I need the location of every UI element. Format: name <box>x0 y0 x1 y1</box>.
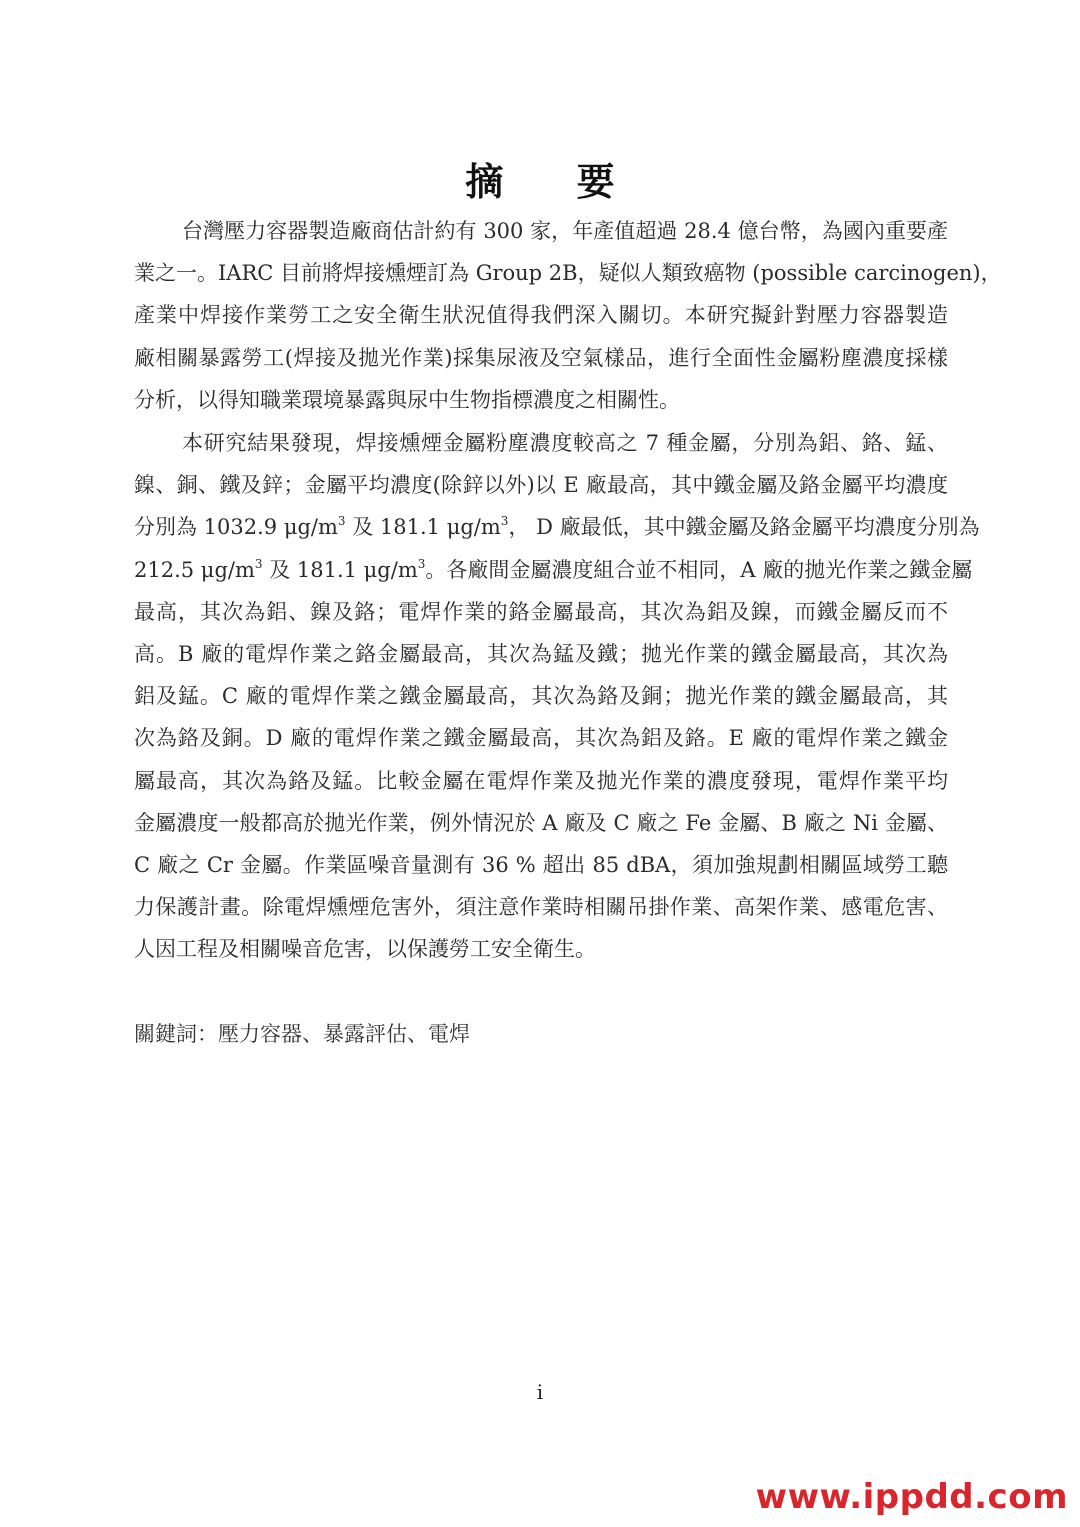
text-line: 業之一。IARC 目前將焊接燻煙訂為 Group 2B，疑似人類致癌物 (pos… <box>134 252 948 294</box>
text-line: C 廠之 Cr 金屬。作業區噪音量測有 36 % 超出 85 dBA，須加強規劃… <box>134 844 948 886</box>
text-segment: 及 181.1 μg/m <box>346 515 501 539</box>
text-segment: 。各廠間金屬濃度組合並不相同，A 廠的拋光作業之鐵金屬 <box>425 558 972 582</box>
page-title: 摘 要 <box>0 158 1080 206</box>
text-line: 屬最高，其次為鉻及錳。比較金屬在電焊作業及拋光作業的濃度發現，電焊作業平均 <box>134 760 948 802</box>
text-line: 金屬濃度一般都高於拋光作業，例外情況於 A 廠及 C 廠之 Fe 金屬、B 廠之… <box>134 802 948 844</box>
superscript: 3 <box>338 514 346 528</box>
text-segment: 212.5 μg/m <box>134 558 255 582</box>
document-page: 摘 要 台灣壓力容器製造廠商估計約有 300 家，年產值超過 28.4 億台幣，… <box>0 0 1080 1527</box>
text-line: 力保護計畫。除電焊燻煙危害外，須注意作業時相關吊掛作業、高架作業、感電危害、 <box>134 886 948 928</box>
watermark: www.ippdd.com <box>756 1477 1068 1517</box>
text-line: 產業中焊接作業勞工之安全衛生狀況值得我們深入關切。本研究擬針對壓力容器製造 <box>134 294 948 336</box>
superscript: 3 <box>255 557 263 571</box>
text-segment: 及 181.1 μg/m <box>263 558 418 582</box>
abstract-paragraph-2: 本研究結果發現，焊接燻煙金屬粉塵濃度較高之 7 種金屬，分別為鋁、鉻、錳、 鎳、… <box>134 422 948 971</box>
keywords: 關鍵詞：壓力容器、暴露評估、電焊 <box>134 1014 470 1054</box>
text-line: 高。B 廠的電焊作業之鉻金屬最高，其次為錳及鐵；拋光作業的鐵金屬最高，其次為 <box>134 633 948 675</box>
text-line: 鎳、銅、鐵及鋅；金屬平均濃度(除鋅以外)以 E 廠最高，其中鐵金屬及鉻金屬平均濃… <box>134 464 948 506</box>
text-segment: 分別為 1032.9 μg/m <box>134 515 338 539</box>
page-number: i <box>0 1380 1080 1404</box>
text-line: 廠相關暴露勞工(焊接及拋光作業)採集尿液及空氣樣品，進行全面性金屬粉塵濃度採樣 <box>134 337 948 379</box>
text-line: 最高，其次為鋁、鎳及鉻；電焊作業的鉻金屬最高，其次為鋁及鎳，而鐵金屬反而不 <box>134 591 948 633</box>
text-line-with-units: 212.5 μg/m3 及 181.1 μg/m3。各廠間金屬濃度組合並不相同，… <box>134 549 948 591</box>
abstract-paragraph-1: 台灣壓力容器製造廠商估計約有 300 家，年產值超過 28.4 億台幣，為國內重… <box>134 210 948 421</box>
text-line: 台灣壓力容器製造廠商估計約有 300 家，年產值超過 28.4 億台幣，為國內重… <box>134 210 948 252</box>
text-line: 次為鉻及銅。D 廠的電焊作業之鐵金屬最高，其次為鋁及鉻。E 廠的電焊作業之鐵金 <box>134 717 948 759</box>
text-segment: ， D 廠最低，其中鐵金屬及鉻金屬平均濃度分別為 <box>508 515 979 539</box>
text-line: 分析，以得知職業環境暴露與尿中生物指標濃度之相關性。 <box>134 379 948 421</box>
text-line: 本研究結果發現，焊接燻煙金屬粉塵濃度較高之 7 種金屬，分別為鋁、鉻、錳、 <box>134 422 948 464</box>
text-line-with-units: 分別為 1032.9 μg/m3 及 181.1 μg/m3， D 廠最低，其中… <box>134 506 948 548</box>
text-line: 人因工程及相關噪音危害，以保護勞工安全衛生。 <box>134 928 948 970</box>
text-line: 鋁及錳。C 廠的電焊作業之鐵金屬最高，其次為鉻及銅；拋光作業的鐵金屬最高，其 <box>134 675 948 717</box>
